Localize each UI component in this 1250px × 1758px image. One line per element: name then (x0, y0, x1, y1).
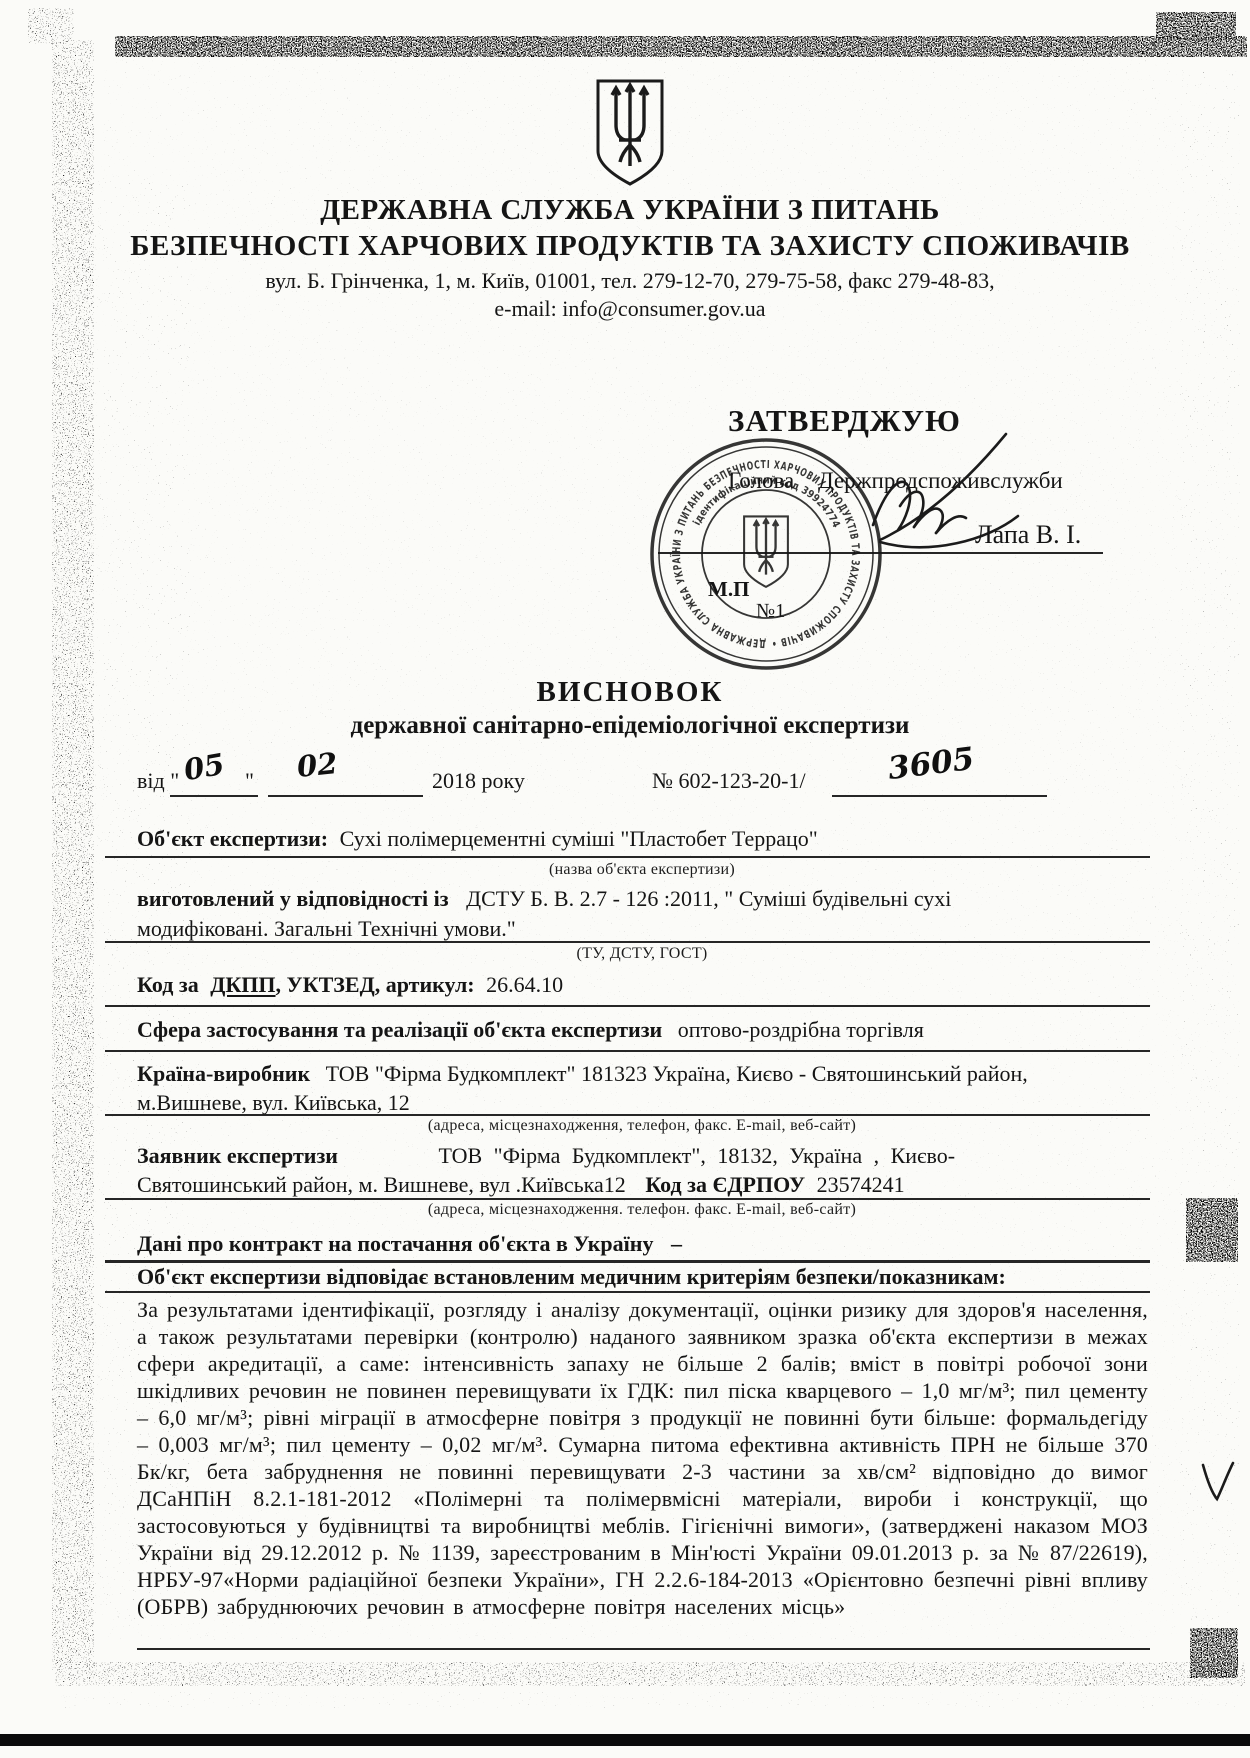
approval-signature-line (658, 552, 1103, 554)
object-caption: (назва об'єкта експертизи) (137, 861, 1147, 879)
applicant-row-line1: Заявник експертизи ТОВ "Фірма Будкомплек… (137, 1143, 955, 1169)
doc-number-label: № 602-123-20-1/ (652, 768, 806, 794)
criteria-underline (137, 1648, 1150, 1650)
applicant-value-line1: ТОВ "Фірма Будкомплект", 18132, Україна … (438, 1143, 955, 1168)
made-value-line1: ДСТУ Б. В. 2.7 - 126 :2011, " Суміші буд… (466, 886, 951, 911)
scan-noise-right-blob2 (1190, 1628, 1238, 1678)
applicant-caption: (адреса, місцезнаходження. телефон. факс… (137, 1201, 1147, 1219)
scan-noise-topright-patch (1156, 12, 1236, 40)
contract-value: – (671, 1231, 682, 1256)
section-rule-4 (105, 1291, 1150, 1293)
scan-noise-left-strip (52, 40, 94, 1670)
scope-row: Сфера застосування та реалізації об'єкта… (137, 1017, 924, 1043)
code-label-rest: , УКТЗЕД, артикул: (276, 972, 475, 997)
section-rule-2 (105, 1050, 1150, 1052)
applicant-underline (105, 1198, 1150, 1200)
made-label: виготовлений у відповідності із (137, 886, 449, 911)
org-email: e-mail: info@consumer.gov.ua (110, 296, 1150, 322)
section-rule-1 (105, 1005, 1150, 1007)
org-name-line2: БЕЗПЕЧНОСТІ ХАРЧОВИХ ПРОДУКТІВ ТА ЗАХИСТ… (110, 230, 1150, 263)
made-value-line2: модифіковані. Загальні Технічні умови." (137, 916, 516, 942)
applicant-row-line2: Святошинський район, м. Вишневе, вул .Ки… (137, 1172, 905, 1198)
stamp-mp-label: М.П (708, 577, 749, 602)
object-value: Сухі полімерцементні суміші "Пластобет Т… (340, 826, 818, 851)
scan-noise-right-strip (1180, 70, 1240, 1640)
applicant-code-label: Код за ЄДРПОУ (645, 1172, 805, 1197)
contract-row: Дані про контракт на постачання об'єкта … (137, 1231, 682, 1257)
org-address: вул. Б. Грінченка, 1, м. Київ, 01001, те… (110, 268, 1150, 294)
scan-noise-top-band (115, 36, 1247, 57)
date-close-quote: " (245, 768, 254, 794)
scan-noise-bottom-band (55, 1662, 1245, 1686)
scanned-document-page: ДЕРЖАВНА СЛУЖБА УКРАЇНИ З ПИТАНЬ БЕЗПЕЧН… (0, 0, 1250, 1758)
applicant-value-line2: Святошинський район, м. Вишневе, вул .Ки… (137, 1172, 626, 1197)
producer-value-line1: ТОВ "Фірма Будкомплект" 181323 Україна, … (326, 1061, 1028, 1086)
conclusion-subtitle: державної санітарно-епідеміологічної екс… (110, 712, 1150, 740)
producer-row-line1: Країна-виробник ТОВ "Фірма Будкомплект" … (137, 1061, 1028, 1087)
date-day-underline (170, 795, 258, 797)
made-row-line1: виготовлений у відповідності із ДСТУ Б. … (137, 886, 951, 912)
made-caption: (ТУ, ДСТУ, ГОСТ) (137, 945, 1147, 963)
scope-value: оптово-роздрібна торгівля (678, 1017, 924, 1042)
date-year: 2018 року (432, 768, 525, 794)
contract-label: Дані про контракт на постачання об'єкта … (137, 1231, 653, 1256)
date-month-underline (268, 795, 423, 797)
check-mark (1200, 1460, 1236, 1506)
scan-bottom-black-bar (0, 1734, 1250, 1746)
applicant-code-value: 23574241 (817, 1172, 905, 1197)
org-name-line1: ДЕРЖАВНА СЛУЖБА УКРАЇНИ З ПИТАНЬ (110, 194, 1150, 227)
date-month-handwritten: 02 (295, 746, 339, 784)
object-row: Об'єкт експертизи: Сухі полімерцементні … (137, 826, 818, 852)
date-prefix: від " (137, 768, 179, 794)
producer-label: Країна-виробник (137, 1061, 310, 1086)
date-day-handwritten: 05 (181, 747, 227, 787)
doc-number-underline (832, 795, 1047, 797)
conclusion-title: ВИСНОВОК (110, 676, 1150, 709)
scan-noise-bottom-sparse (60, 1692, 1240, 1708)
producer-underline (105, 1114, 1150, 1116)
ukraine-trident-emblem-icon (592, 76, 668, 190)
producer-value-line2: м.Вишневе, вул. Київська, 12 (137, 1090, 410, 1116)
code-value: 26.64.10 (486, 972, 563, 997)
object-underline (105, 856, 1150, 858)
made-underline (105, 941, 1150, 943)
object-label: Об'єкт експертизи: (137, 826, 328, 851)
code-label-prefix: Код за (137, 972, 199, 997)
criteria-body-paragraph: За результатами ідентифікації, розгляду … (137, 1296, 1148, 1620)
criteria-heading: Об'єкт експертизи відповідає встановлени… (137, 1264, 1006, 1290)
scope-label: Сфера застосування та реалізації об'єкта… (137, 1017, 662, 1042)
code-row: Код за ДКПП, УКТЗЕД, артикул: 26.64.10 (137, 972, 563, 998)
applicant-label: Заявник експертизи (137, 1143, 338, 1168)
scan-noise-topleft-patch (28, 8, 74, 44)
stamp-number-label: №1 (756, 600, 785, 623)
doc-number-handwritten: 3605 (886, 741, 976, 787)
producer-caption: (адреса, місцезнаходження, телефон, факс… (137, 1117, 1147, 1135)
code-label-dkpp: ДКПП (210, 972, 275, 997)
approver-name: Лапа В. І. (975, 520, 1081, 550)
section-rule-3 (105, 1260, 1150, 1263)
scan-noise-right-blob1 (1186, 1198, 1238, 1262)
